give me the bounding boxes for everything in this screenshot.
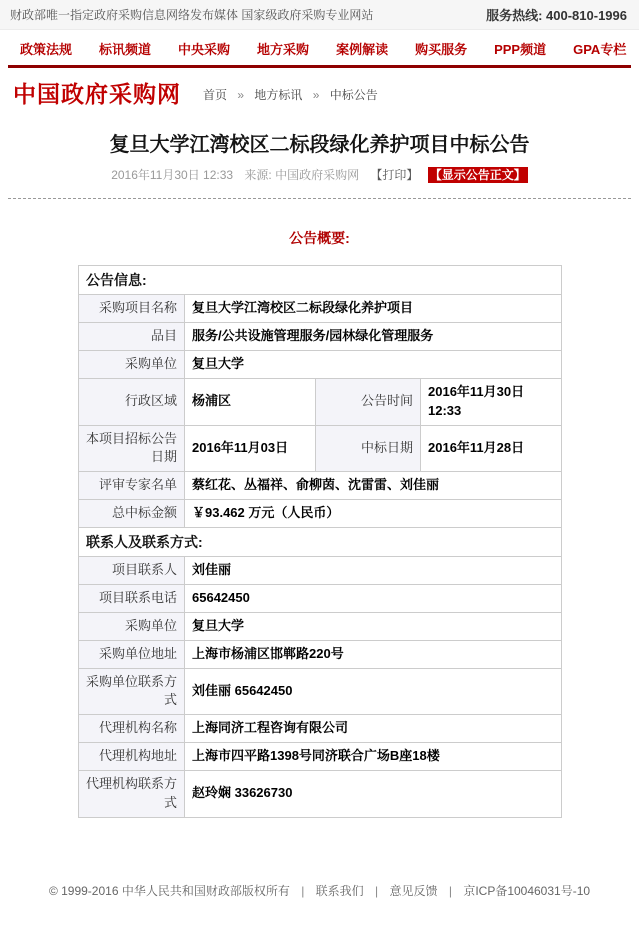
breadcrumb-award-notice[interactable]: 中标公告	[330, 88, 378, 102]
table-field-value: 2016年11月28日	[421, 425, 562, 472]
article-source: 来源: 中国政府采购网	[244, 168, 359, 182]
table-field-label: 采购单位	[79, 350, 185, 378]
print-button[interactable]: 【打印】	[370, 168, 418, 182]
table-field-label: 采购单位	[79, 612, 185, 640]
show-announcement-text-button[interactable]: 【显示公告正文】	[428, 167, 528, 183]
nav-item-central-procurement[interactable]: 中央采购	[178, 39, 230, 58]
table-row: 采购单位复旦大学	[79, 612, 562, 640]
table-field-value: 复旦大学	[185, 350, 562, 378]
feedback-link[interactable]: 意见反馈	[389, 884, 437, 898]
publish-datetime: 2016年11月30日 12:33	[111, 168, 233, 182]
icp-number: 京ICP备10046031号-10	[463, 884, 590, 898]
table-field-value: 蔡红花、丛福祥、俞柳茵、沈雷雷、刘佳丽	[185, 472, 562, 500]
table-field-label: 本项目招标公告日期	[79, 425, 185, 472]
table-section-header: 公告信息:	[79, 266, 562, 295]
summary-heading: 公告概要:	[0, 228, 639, 248]
table-row: 公告信息:	[79, 266, 562, 295]
nav-item-buy-services[interactable]: 购买服务	[415, 39, 467, 58]
table-field-value: 上海市四平路1398号同济联合广场B座18楼	[185, 743, 562, 771]
nav-item-gpa-column[interactable]: GPA专栏	[573, 39, 626, 58]
table-row: 评审专家名单蔡红花、丛福祥、俞柳茵、沈雷雷、刘佳丽	[79, 472, 562, 500]
table-field-label: 总中标金额	[79, 500, 185, 528]
table-field-value: 复旦大学江湾校区二标段绿化养护项目	[185, 295, 562, 323]
breadcrumb-separator: »	[313, 88, 320, 102]
table-row: 采购单位复旦大学	[79, 350, 562, 378]
table-row: 项目联系电话65642450	[79, 585, 562, 613]
table-field-value: 杨浦区	[185, 378, 316, 425]
top-utility-bar: 财政部唯一指定政府采购信息网络发布媒体 国家级政府采购专业网站 服务热线: 40…	[0, 0, 639, 30]
table-field-label: 中标日期	[316, 425, 421, 472]
table-row: 采购单位联系方式刘佳丽 65642450	[79, 668, 562, 715]
table-field-value: ￥93.462 万元（人民币）	[185, 500, 562, 528]
contact-us-link[interactable]: 联系我们	[316, 884, 364, 898]
table-field-value: 刘佳丽	[185, 557, 562, 585]
table-row: 联系人及联系方式:	[79, 527, 562, 556]
nav-item-policy[interactable]: 政策法规	[20, 39, 72, 58]
table-row: 采购单位地址上海市杨浦区邯郸路220号	[79, 640, 562, 668]
breadcrumb-separator: »	[237, 88, 244, 102]
announcement-summary-table: 公告信息:采购项目名称复旦大学江湾校区二标段绿化养护项目品目服务/公共设施管理服…	[78, 265, 562, 818]
table-field-label: 项目联系电话	[79, 585, 185, 613]
copyright-text: © 1999-2016 中华人民共和国财政部版权所有	[49, 884, 290, 898]
table-field-label: 品目	[79, 323, 185, 351]
table-field-value: 复旦大学	[185, 612, 562, 640]
table-field-label: 采购单位地址	[79, 640, 185, 668]
table-field-value: 赵玲娴 33626730	[185, 770, 562, 817]
table-field-label: 代理机构名称	[79, 715, 185, 743]
table-field-value: 2016年11月30日 12:33	[421, 378, 562, 425]
site-logo[interactable]: 中国政府采购网	[13, 83, 181, 106]
table-field-value: 上海市杨浦区邯郸路220号	[185, 640, 562, 668]
main-nav: 政策法规 标讯频道 中央采购 地方采购 案例解读 购买服务 PPP频道 GPA专…	[0, 30, 639, 65]
nav-item-case-analysis[interactable]: 案例解读	[336, 39, 388, 58]
breadcrumb-home[interactable]: 首页	[203, 88, 227, 102]
nav-item-bid-channel[interactable]: 标讯频道	[99, 39, 151, 58]
nav-item-local-procurement[interactable]: 地方采购	[257, 39, 309, 58]
table-field-label: 项目联系人	[79, 557, 185, 585]
table-field-label: 行政区域	[79, 378, 185, 425]
nav-item-ppp-channel[interactable]: PPP频道	[494, 39, 546, 58]
logo-breadcrumb-row: 中国政府采购网 首页 » 地方标讯 » 中标公告	[0, 68, 639, 110]
table-field-label: 采购单位联系方式	[79, 668, 185, 715]
dashed-divider	[8, 198, 631, 199]
table-row: 代理机构名称上海同济工程咨询有限公司	[79, 715, 562, 743]
table-field-label: 代理机构联系方式	[79, 770, 185, 817]
table-row: 本项目招标公告日期2016年11月03日中标日期2016年11月28日	[79, 425, 562, 472]
page-footer: © 1999-2016 中华人民共和国财政部版权所有 | 联系我们 | 意见反馈…	[0, 882, 639, 939]
table-field-label: 代理机构地址	[79, 743, 185, 771]
table-row: 总中标金额￥93.462 万元（人民币）	[79, 500, 562, 528]
article-meta: 2016年11月30日 12:33 来源: 中国政府采购网 【打印】 【显示公告…	[0, 166, 639, 183]
table-field-label: 评审专家名单	[79, 472, 185, 500]
table-row: 品目服务/公共设施管理服务/园林绿化管理服务	[79, 323, 562, 351]
table-row: 行政区域杨浦区公告时间2016年11月30日 12:33	[79, 378, 562, 425]
page-title: 复旦大学江湾校区二标段绿化养护项目中标公告	[0, 128, 639, 157]
table-row: 采购项目名称复旦大学江湾校区二标段绿化养护项目	[79, 295, 562, 323]
table-field-label: 采购项目名称	[79, 295, 185, 323]
table-field-label: 公告时间	[316, 378, 421, 425]
table-field-value: 上海同济工程咨询有限公司	[185, 715, 562, 743]
footer-separator: |	[301, 884, 304, 898]
table-row: 代理机构联系方式赵玲娴 33626730	[79, 770, 562, 817]
site-slogan: 财政部唯一指定政府采购信息网络发布媒体 国家级政府采购专业网站	[10, 6, 373, 23]
footer-separator: |	[449, 884, 452, 898]
table-field-value: 服务/公共设施管理服务/园林绿化管理服务	[185, 323, 562, 351]
footer-separator: |	[375, 884, 378, 898]
service-hotline: 服务热线: 400-810-1996	[486, 5, 627, 24]
table-field-value: 65642450	[185, 585, 562, 613]
table-field-value: 刘佳丽 65642450	[185, 668, 562, 715]
breadcrumb-local-bids[interactable]: 地方标讯	[254, 88, 302, 102]
table-field-value: 2016年11月03日	[185, 425, 316, 472]
table-section-header: 联系人及联系方式:	[79, 527, 562, 556]
table-row: 项目联系人刘佳丽	[79, 557, 562, 585]
breadcrumb: 首页 » 地方标讯 » 中标公告	[203, 86, 378, 106]
table-row: 代理机构地址上海市四平路1398号同济联合广场B座18楼	[79, 743, 562, 771]
